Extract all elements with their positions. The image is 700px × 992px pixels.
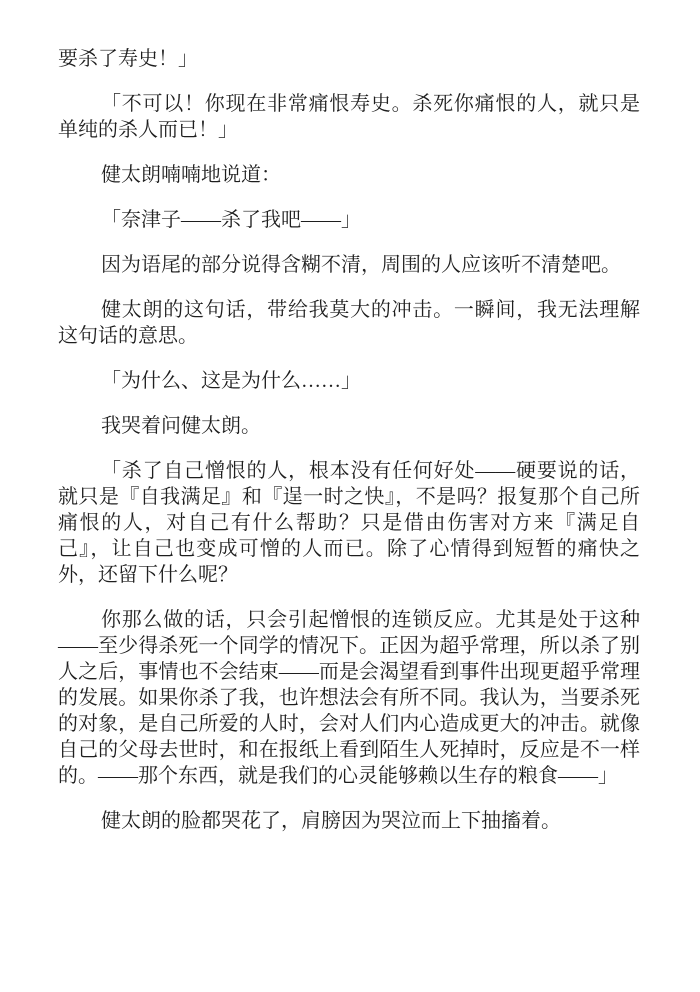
paragraph: 健太朗的脸都哭花了，肩膀因为哭泣而上下抽搐着。 — [58, 808, 640, 834]
paragraph: 「奈津子——杀了我吧——」 — [58, 207, 640, 233]
paragraph: 因为语尾的部分说得含糊不清，周围的人应该听不清楚吧。 — [58, 252, 640, 278]
paragraph: 健太朗的这句话，带给我莫大的冲击。一瞬间，我无法理解这句话的意思。 — [58, 297, 640, 349]
paragraph: 「为什么、这是为什么……」 — [58, 368, 640, 394]
paragraph-list: 要杀了寿史！」「不可以！你现在非常痛恨寿史。杀死你痛恨的人，就只是单纯的杀人而已… — [58, 46, 640, 834]
novel-page: 要杀了寿史！」「不可以！你现在非常痛恨寿史。杀死你痛恨的人，就只是单纯的杀人而已… — [0, 0, 700, 992]
paragraph: 你那么做的话，只会引起憎恨的连锁反应。尤其是处于这种——至少得杀死一个同学的情况… — [58, 607, 640, 789]
paragraph: 「不可以！你现在非常痛恨寿史。杀死你痛恨的人，就只是单纯的杀人而已！」 — [58, 91, 640, 143]
paragraph: 健太朗喃喃地说道： — [58, 162, 640, 188]
paragraph: 要杀了寿史！」 — [58, 46, 640, 72]
paragraph: 我哭着问健太朗。 — [58, 413, 640, 439]
page-background: { "document": { "language": "zh-CN", "ba… — [0, 0, 700, 992]
paragraph: 「杀了自己憎恨的人，根本没有任何好处——硬要说的话，就只是『自我满足』和『逞一时… — [58, 458, 640, 588]
